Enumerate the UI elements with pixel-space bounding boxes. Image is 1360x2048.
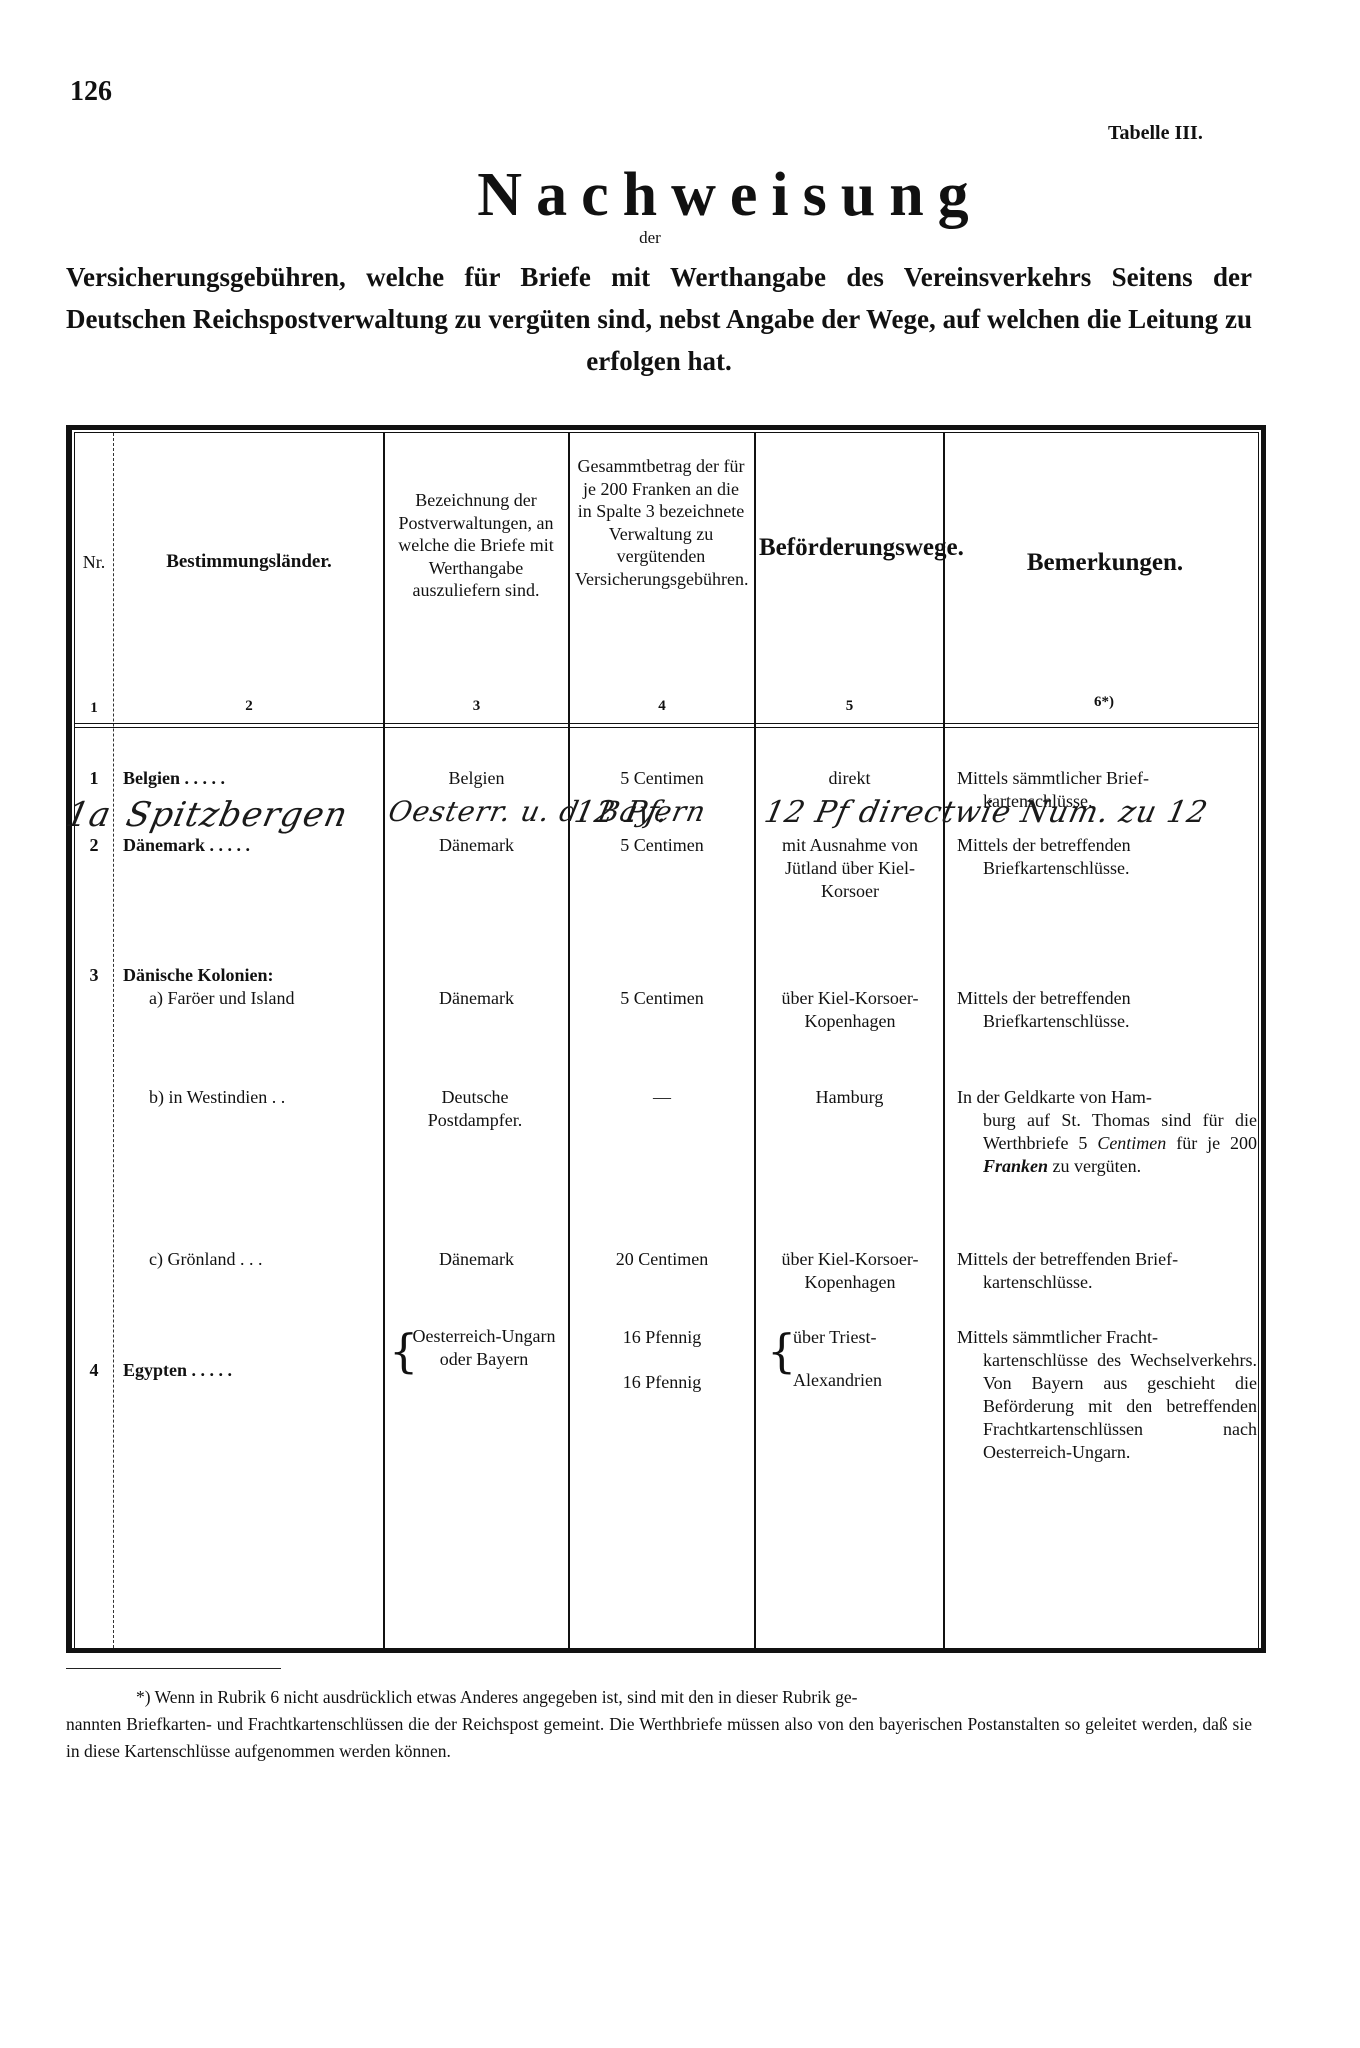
- footnote-rule: [66, 1668, 281, 1669]
- row-country: Dänemark . . . . .: [123, 834, 378, 857]
- row-country: Belgien . . . . .: [123, 767, 378, 790]
- colnum-2: 2: [115, 695, 383, 718]
- row-administration: Belgien: [385, 767, 568, 790]
- sub-row-label: b) in Westindien . .: [149, 1086, 379, 1109]
- header-destination: Bestimmungsländer.: [115, 551, 383, 574]
- remark-text: für je 200: [1176, 1133, 1257, 1153]
- row-administration: Dänemark: [385, 1248, 568, 1271]
- row-remark: Mittels sämmtlicher Fracht- kartenschlüs…: [957, 1326, 1257, 1464]
- colnum-6: 6*): [945, 691, 1263, 714]
- row-administration: Oesterreich-Ungarn oder Bayern: [409, 1325, 559, 1371]
- sub-row-label: c) Grönland . . .: [149, 1248, 379, 1271]
- handwritten-route: 12 Pf direct: [761, 795, 959, 830]
- row-nr: 4: [75, 1359, 113, 1382]
- remark-text: zu vergüten.: [1053, 1156, 1142, 1176]
- row-administration: Deutsche Postdampfer.: [400, 1086, 550, 1132]
- row-remark: In der Geldkarte von Ham- burg auf St. T…: [957, 1086, 1257, 1178]
- colnum-4: 4: [570, 695, 754, 718]
- header-route: Beförderungswege.: [759, 533, 941, 563]
- fee-table: Nr. Bestimmungsländer. Bezeichnung der P…: [66, 425, 1266, 1653]
- column-divider-1: [113, 433, 114, 1648]
- table-label: Tabelle III.: [1108, 122, 1203, 145]
- row-remark: Mittels der betreffenden Brief- kartensc…: [957, 1248, 1257, 1294]
- remark-line: kartenschlüsse.: [957, 1271, 1257, 1294]
- header-rule: [75, 723, 1258, 724]
- row-route: über Kiel-Korsoer-Kopenhagen: [780, 987, 920, 1033]
- handwritten-remark: wie Num. zu 12: [951, 795, 1211, 830]
- row-route: über Triest-: [793, 1326, 943, 1349]
- remark-line: Mittels der betreffenden: [957, 988, 1131, 1008]
- row-administration: Dänemark: [385, 987, 568, 1010]
- row-route: Hamburg: [756, 1086, 943, 1109]
- row-nr: 2: [75, 834, 113, 857]
- remark-amount: 5: [1078, 1133, 1087, 1153]
- remark-line: Briefkartenschlüsse.: [957, 857, 1257, 880]
- row-administration: Dänemark: [385, 834, 568, 857]
- remark-line: In der Geldkarte von Ham-: [957, 1087, 1152, 1107]
- row-fee: 5 Centimen: [570, 834, 754, 857]
- footnote-line: *) Wenn in Rubrik 6 nicht ausdrücklich e…: [66, 1684, 1252, 1711]
- remark-line: Mittels der betreffenden Brief-: [957, 1249, 1178, 1269]
- row-fee: 5 Centimen: [570, 767, 754, 790]
- row-fee: 16 Pfennig: [570, 1326, 754, 1349]
- remark-currency: Franken: [983, 1156, 1048, 1176]
- row-route: Alexandrien: [793, 1369, 943, 1392]
- handwritten-nr: 1a: [63, 795, 115, 835]
- row-fee: 5 Centimen: [570, 987, 754, 1010]
- column-divider-4: [754, 433, 756, 1648]
- colnum-5: 5: [756, 695, 943, 718]
- page-number: 126: [70, 76, 112, 108]
- remark-line: Mittels sämmtlicher Fracht-: [957, 1327, 1158, 1347]
- remark-line: kartenschlüsse des Wechselverkehrs. Von …: [957, 1349, 1257, 1464]
- document-title: Nachweisung: [0, 160, 1360, 231]
- row-fee: 20 Centimen: [570, 1248, 754, 1271]
- remark-line: burg auf St. Thomas sind für die Werthbr…: [957, 1109, 1257, 1178]
- brace-icon: {: [767, 1328, 796, 1374]
- remark-line: Mittels der betreffenden: [957, 835, 1131, 855]
- footnote-line: nannten Briefkarten- und Frachtkartensch…: [66, 1714, 1252, 1761]
- column-divider-5: [943, 433, 945, 1648]
- row-route: mit Ausnahme von Jütland über Kiel-Korso…: [775, 834, 925, 903]
- handwritten-country: Spitzbergen: [123, 795, 352, 835]
- row-fee: —: [570, 1086, 754, 1109]
- header-administration: Bezeichnung der Postverwaltungen, an wel…: [393, 489, 559, 602]
- remark-line: Mittels sämmtlicher Brief-: [957, 768, 1149, 788]
- row-nr: 1: [75, 767, 113, 790]
- fee-table-inner: Nr. Bestimmungsländer. Bezeichnung der P…: [74, 432, 1259, 1648]
- row-fee: 16 Pfennig: [570, 1371, 754, 1394]
- row-route: direkt: [756, 767, 943, 790]
- remark-line: Briefkartenschlüsse.: [957, 1010, 1257, 1033]
- row-remark: Mittels der betreffenden Briefkartenschl…: [957, 834, 1257, 880]
- colnum-3: 3: [385, 695, 568, 718]
- row-nr: 3: [75, 964, 113, 987]
- document-title-connector: der: [0, 228, 1300, 248]
- footnote: *) Wenn in Rubrik 6 nicht ausdrücklich e…: [66, 1684, 1252, 1765]
- header-fee: Gesammtbetrag der für je 200 Franken an …: [575, 455, 747, 590]
- row-country: Dänische Kolonien:: [123, 964, 378, 987]
- column-divider-2: [383, 433, 385, 1648]
- row-remark: Mittels der betreffenden Briefkartenschl…: [957, 987, 1257, 1033]
- row-route: über Kiel-Korsoer-Kopenhagen: [780, 1248, 920, 1294]
- row-country: Egypten . . . . .: [123, 1359, 378, 1382]
- handwritten-fee: 12 Pf.: [571, 795, 672, 830]
- header-nr: Nr.: [75, 551, 113, 574]
- sub-row-label: a) Faröer und Island: [149, 987, 379, 1010]
- column-divider-3: [568, 433, 570, 1648]
- remark-currency: Centimen: [1097, 1133, 1166, 1153]
- document-subtitle: Versicherungsgebühren, welche für Briefe…: [66, 256, 1252, 382]
- colnum-1: 1: [75, 697, 113, 720]
- header-remarks: Bemerkungen.: [947, 548, 1263, 578]
